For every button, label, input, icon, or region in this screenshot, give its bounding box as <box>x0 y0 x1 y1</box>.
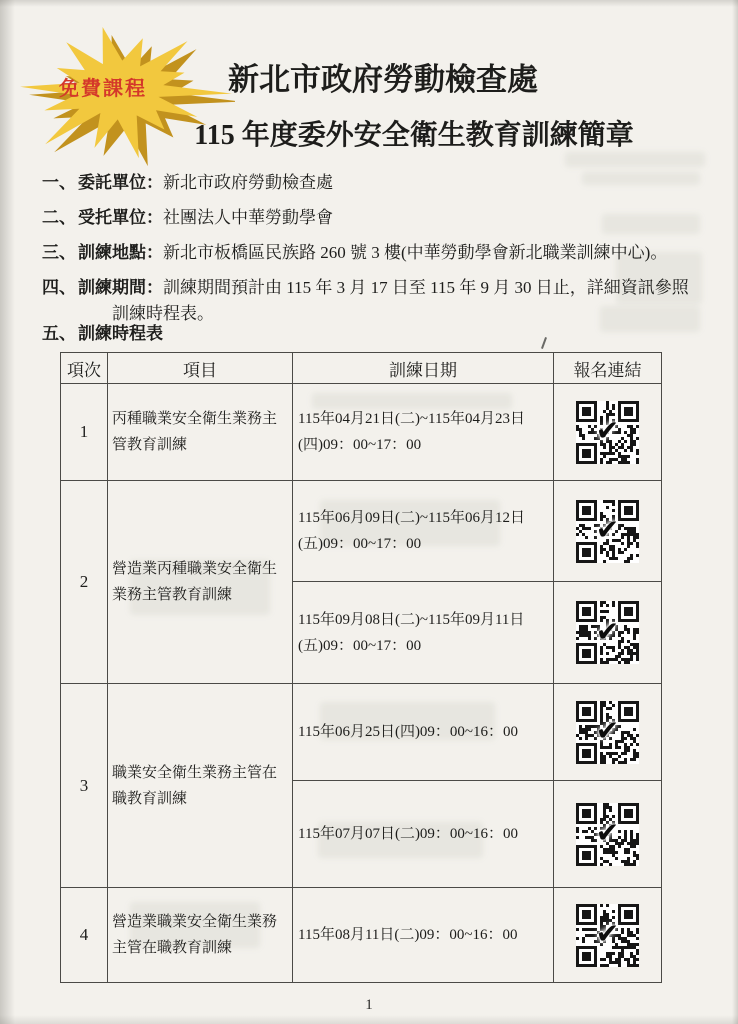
item-colon: ： <box>146 173 163 192</box>
table-row: 3 職業安全衛生業務主管在職教育訓練 115年06月25日(四)09：00~16… <box>61 684 662 781</box>
course-name: 營造業丙種職業安全衛生業務主管教育訓練 <box>108 481 293 684</box>
checkmark-icon: ✔ <box>596 920 619 948</box>
course-name: 丙種職業安全衛生業務主管教育訓練 <box>108 384 293 481</box>
table-row: 4 營造業職業安全衛生業務主管在職教育訓練 115年08月11日(二)09：00… <box>61 888 662 983</box>
item-text: 新北市板橋區民族路 260 號 3 樓(中華勞動學會新北職業訓練中心)。 <box>163 243 667 262</box>
scan-edge-top <box>0 0 738 7</box>
header-date: 訓練日期 <box>293 353 554 384</box>
document-title: 新北市政府勞動檢查處 <box>228 54 538 99</box>
info-item-consignor: 一、 委託單位：新北市政府勞動檢查處 <box>42 170 702 196</box>
checkmark-icon: ✔ <box>596 717 619 745</box>
qr-code: ✔ <box>576 401 639 464</box>
qr-code: ✔ <box>576 500 639 563</box>
item-label: 訓練期間 <box>78 278 146 297</box>
session-date: 115年06月25日(四)09：00~16：00 <box>293 684 554 781</box>
item-colon: ： <box>146 243 163 262</box>
item-number: 一、 <box>42 170 78 196</box>
row-number: 1 <box>61 384 108 481</box>
item-text: 新北市政府勞動檢查處 <box>163 173 333 192</box>
info-list: 一、 委託單位：新北市政府勞動檢查處 二、 受托單位：社團法人中華勞動學會 三、… <box>42 170 702 356</box>
checkmark-icon: ✔ <box>596 617 619 645</box>
checkmark-icon: ✔ <box>596 516 619 544</box>
document-subtitle: 115 年度委外安全衛生教育訓練簡章 <box>194 113 633 153</box>
page-number: 1 <box>0 997 738 1014</box>
item-colon: ： <box>146 208 163 227</box>
qr-code: ✔ <box>576 601 639 664</box>
table-row: 2 營造業丙種職業安全衛生業務主管教育訓練 115年06月09日(二)~115年… <box>61 481 662 582</box>
item-number: 四、 <box>42 275 78 327</box>
item-text: 社團法人中華勞動學會 <box>163 208 333 227</box>
qr-code: ✔ <box>576 904 639 967</box>
item-label: 訓練時程表 <box>78 324 163 343</box>
scanned-document-page: 免費課程 新北市政府勞動檢查處 115 年度委外安全衛生教育訓練簡章 一、 委託… <box>0 0 738 1024</box>
item-label: 受托單位 <box>78 208 146 227</box>
header-signup: 報名連結 <box>554 353 662 384</box>
info-item-trustee: 二、 受托單位：社團法人中華勞動學會 <box>42 205 702 231</box>
checkmark-icon: ✔ <box>596 417 619 445</box>
scan-edge-right <box>732 0 738 1024</box>
item-number: 三、 <box>42 240 78 266</box>
item-label: 訓練地點 <box>78 243 146 262</box>
bleed-through-smudge <box>565 152 705 167</box>
row-number: 2 <box>61 481 108 684</box>
course-name: 職業安全衛生業務主管在職教育訓練 <box>108 684 293 888</box>
row-number: 3 <box>61 684 108 888</box>
header-item: 項目 <box>108 353 293 384</box>
qr-code: ✔ <box>576 803 639 866</box>
checkmark-icon: ✔ <box>596 819 619 847</box>
qr-code: ✔ <box>576 701 639 764</box>
item-colon: ： <box>146 278 163 297</box>
info-item-location: 三、 訓練地點：新北市板橋區民族路 260 號 3 樓(中華勞動學會新北職業訓練… <box>42 240 702 266</box>
row-number: 4 <box>61 888 108 983</box>
course-name: 營造業職業安全衛生業務主管在職教育訓練 <box>108 888 293 983</box>
session-date: 115年07月07日(二)09：00~16：00 <box>293 781 554 888</box>
item-number: 五、 <box>42 321 78 347</box>
badge-label: 免費課程 <box>58 76 147 100</box>
item-text: 訓練期間預計由 115 年 3 月 17 日至 115 年 9 月 30 日止，… <box>112 278 689 323</box>
scan-edge-bottom <box>0 1015 738 1024</box>
item-label: 委託單位 <box>78 173 146 192</box>
session-date: 115年08月11日(二)09：00~16：00 <box>293 888 554 983</box>
info-item-period: 四、 訓練期間：訓練期間預計由 115 年 3 月 17 日至 115 年 9 … <box>42 275 702 327</box>
training-schedule-table: 項次 項目 訓練日期 報名連結 1 丙種職業安全衛生業務主管教育訓練 115年0… <box>60 352 662 983</box>
session-date: 115年04月21日(二)~115年04月23日(四)09：00~17：00 <box>293 384 554 481</box>
header-seq: 項次 <box>61 353 108 384</box>
session-date: 115年06月09日(二)~115年06月12日(五)09：00~17：00 <box>293 481 554 582</box>
table-row: 1 丙種職業安全衛生業務主管教育訓練 115年04月21日(二)~115年04月… <box>61 384 662 481</box>
table-header-row: 項次 項目 訓練日期 報名連結 <box>61 353 662 384</box>
session-date: 115年09月08日(二)~115年09月11日(五)09：00~17：00 <box>293 582 554 684</box>
item-number: 二、 <box>42 205 78 231</box>
info-item-schedule: 五、 訓練時程表 <box>42 321 702 347</box>
